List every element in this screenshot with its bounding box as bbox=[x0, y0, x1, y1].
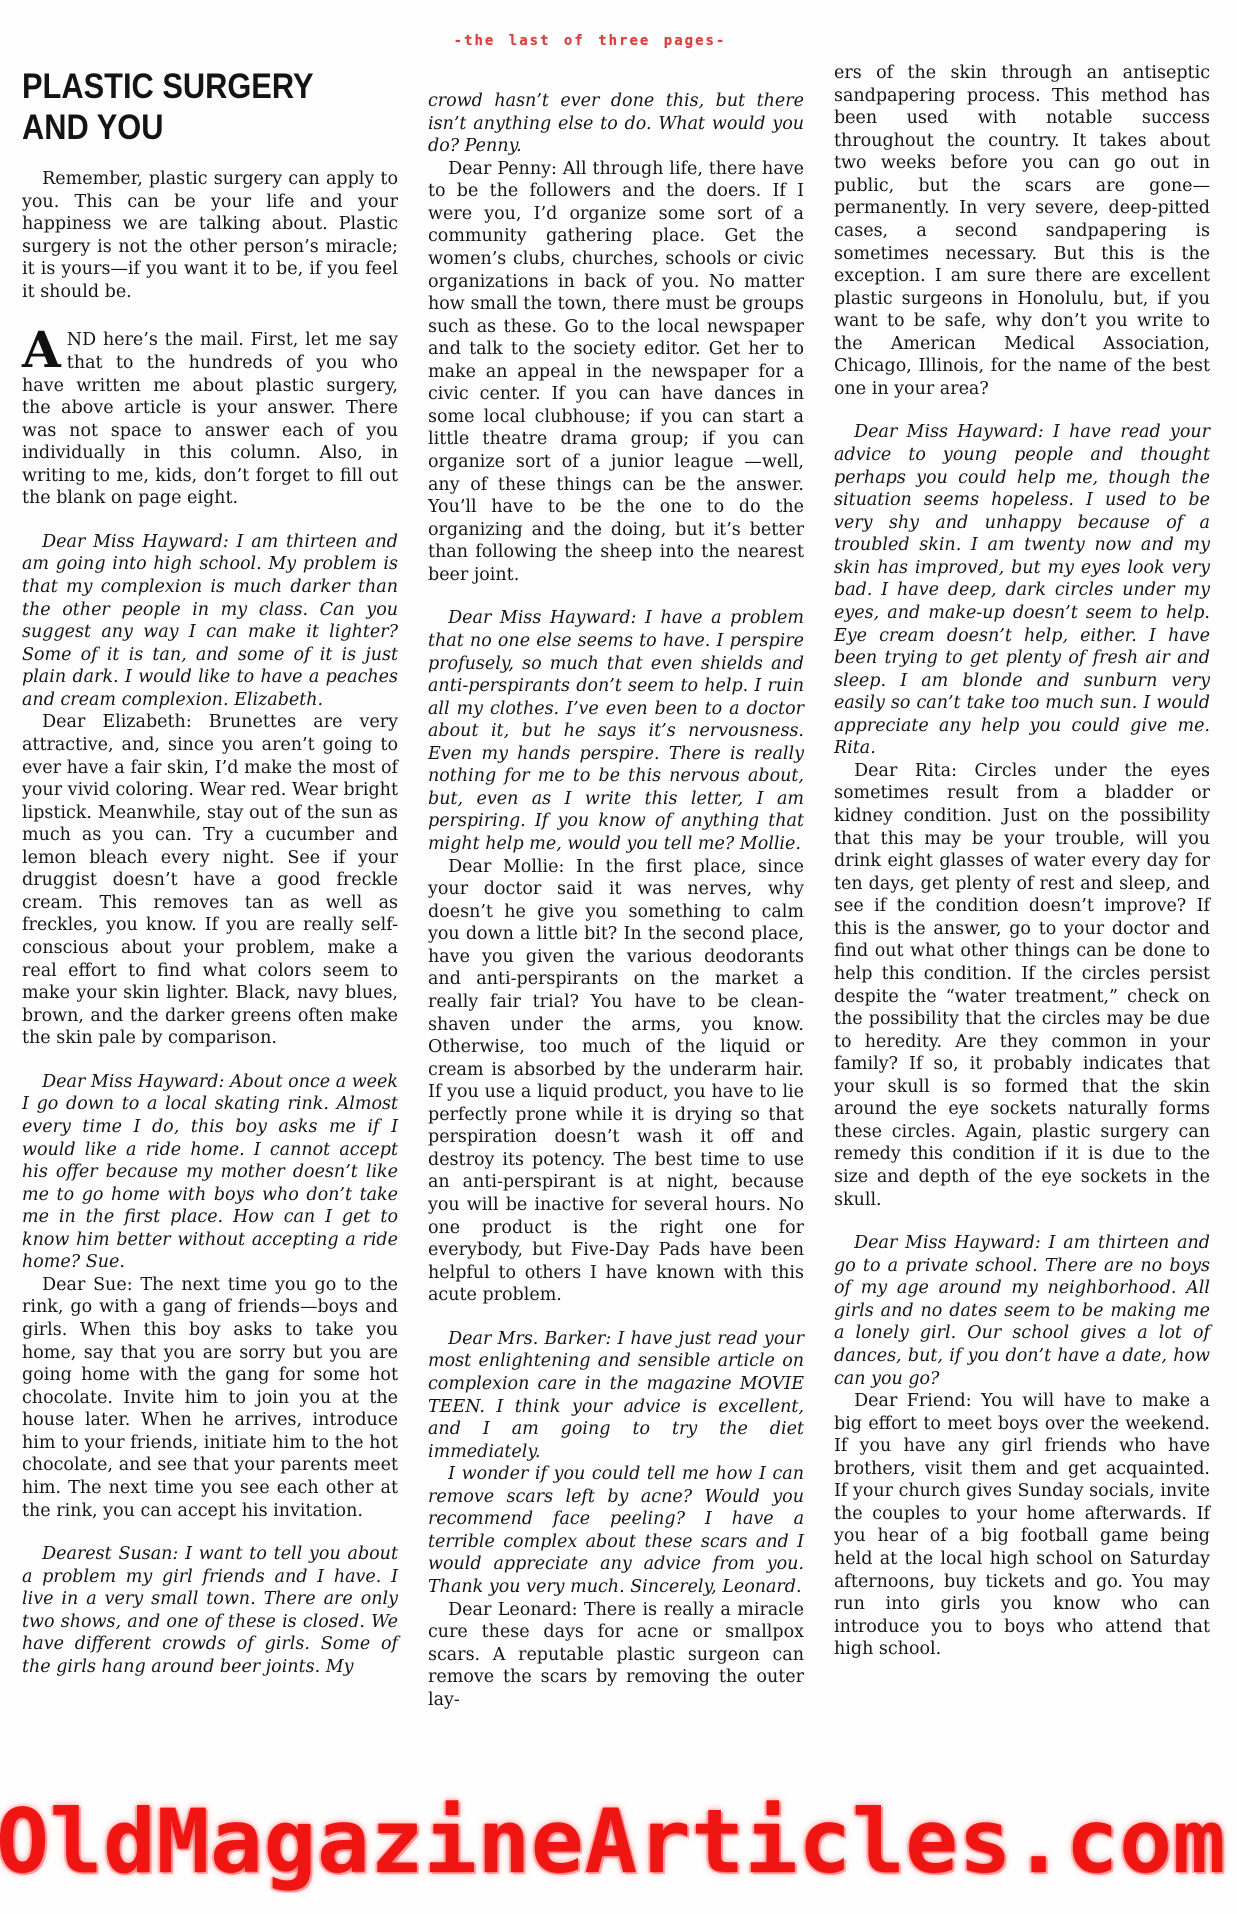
magazine-page-scan: -the last of three pages- PLASTIC SURGER… bbox=[0, 0, 1237, 1914]
answer-paragraph-rita: Dear Rita: Circles under the eyes someti… bbox=[834, 760, 1210, 1211]
mail-intro-paragraph: AND here’s the mail. First, let me say t… bbox=[22, 329, 398, 510]
article-title-line2: AND YOU bbox=[22, 108, 163, 147]
article-title: PLASTIC SURGERYAND YOU bbox=[22, 66, 353, 148]
answer-paragraph-leonard-continued: ers of the skin through an antiseptic sa… bbox=[834, 62, 1210, 400]
letter-paragraph-mollie: Dear Miss Hayward: I have a problem that… bbox=[428, 607, 804, 855]
answer-paragraph-friend: Dear Friend: You will have to make a big… bbox=[834, 1390, 1210, 1661]
letter-paragraph-lonely-girl: Dear Miss Hayward: I am thirteen and go … bbox=[834, 1232, 1210, 1390]
letter-paragraph-rita: Dear Miss Hayward: I have read your advi… bbox=[834, 421, 1210, 759]
mail-intro-text: ND here’s the mail. First, let me say th… bbox=[22, 330, 398, 508]
letter-paragraph-susan: Dearest Susan: I want to tell you about … bbox=[22, 1543, 398, 1678]
answer-paragraph-mollie: Dear Mollie: In the first place, since y… bbox=[428, 856, 804, 1307]
answer-paragraph-leonard: Dear Leonard: There is really a miracle … bbox=[428, 1599, 804, 1712]
letter-paragraph-elizabeth: Dear Miss Hayward: I am thirteen and am … bbox=[22, 531, 398, 712]
letter-paragraph-sue: Dear Miss Hayward: About once a week I g… bbox=[22, 1071, 398, 1274]
letter-paragraph-penny-continued: crowd hasn’t ever done this, but there i… bbox=[428, 90, 804, 158]
answer-paragraph-penny: Dear Penny: All through life, there have… bbox=[428, 158, 804, 587]
article-title-line1: PLASTIC SURGERY bbox=[22, 67, 314, 106]
answer-paragraph-sue: Dear Sue: The next time you go to the ri… bbox=[22, 1274, 398, 1522]
column-2: crowd hasn’t ever done this, but there i… bbox=[428, 60, 804, 1711]
watermark-site-name: OldMagazineArticles.com bbox=[0, 1790, 1237, 1893]
page-sequence-note: -the last of three pages- bbox=[0, 33, 1180, 49]
column-1: PLASTIC SURGERYAND YOU Remember, plastic… bbox=[22, 60, 398, 1711]
article-columns: PLASTIC SURGERYAND YOU Remember, plastic… bbox=[22, 60, 1212, 1711]
letter-paragraph-leonard-part1: Dear Mrs. Barker: I have just read your … bbox=[428, 1328, 804, 1463]
intro-paragraph: Remember, plastic surgery can apply to y… bbox=[22, 168, 398, 303]
column-3: ers of the skin through an antiseptic sa… bbox=[834, 60, 1210, 1711]
drop-cap-letter: A bbox=[22, 329, 67, 369]
letter-paragraph-leonard-part2: I wonder if you could tell me how I can … bbox=[428, 1463, 804, 1598]
answer-paragraph-elizabeth: Dear Elizabeth: Brunettes are very attra… bbox=[22, 711, 398, 1049]
